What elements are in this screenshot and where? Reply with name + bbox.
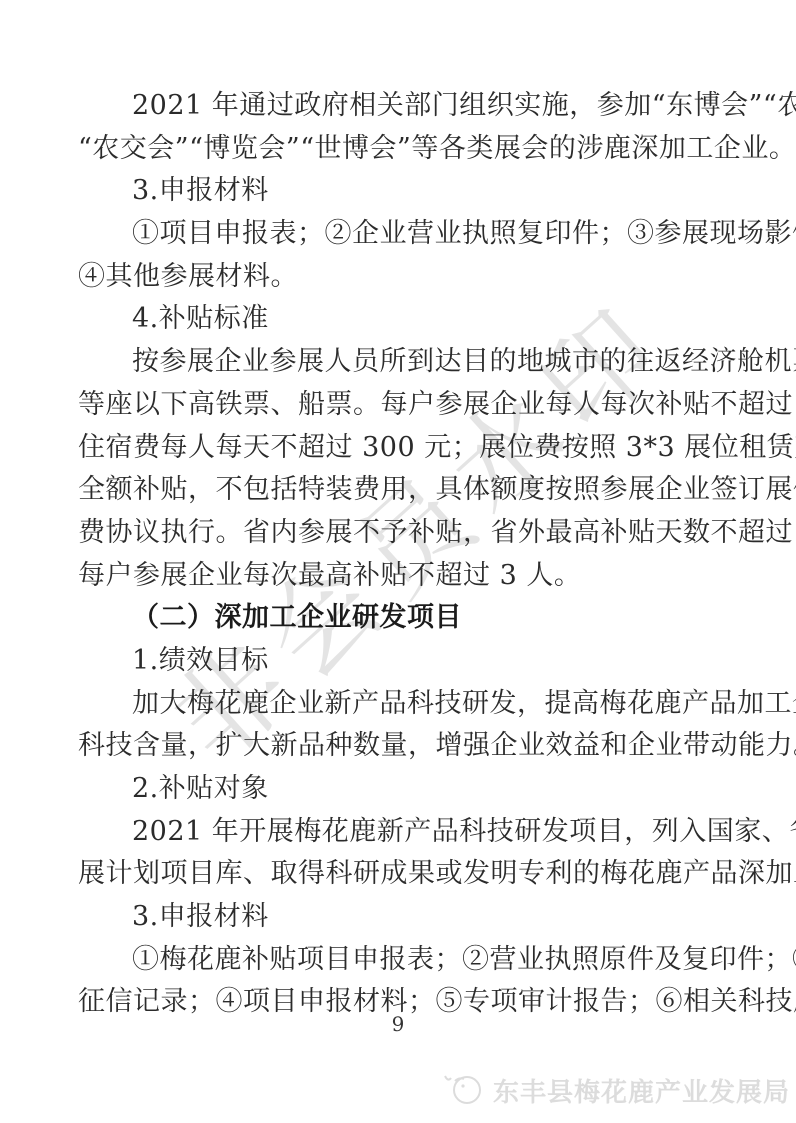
text-line: 4.补贴标准 xyxy=(78,298,718,341)
text-line: 展计划项目库、取得科研成果或发明专利的梅花鹿产品深加工企业。 xyxy=(78,853,718,896)
page-number: 9 xyxy=(0,1012,796,1036)
text-line: ①梅花鹿补贴项目申报表；②营业执照原件及复印件；③银行 xyxy=(78,939,718,982)
text-line: 2021 年开展梅花鹿新产品科技研发项目，列入国家、省科技发 xyxy=(78,811,718,854)
text-line: ①项目申报表；②企业营业执照复印件；③参展现场影像资料； xyxy=(78,213,718,256)
text-line: 等座以下高铁票、船票。每户参展企业每人每次补贴不超过 2000 元； xyxy=(78,384,718,427)
section-heading: （二）深加工企业研发项目 xyxy=(78,597,718,640)
text-line: 每户参展企业每次最高补贴不超过 3 人。 xyxy=(78,555,718,598)
document-page: 非会员水印 2021 年通过政府相关部门组织实施，参加“东博会”“农博会” “农… xyxy=(0,0,796,1123)
text-line: 全额补贴，不包括特装费用，具体额度按照参展企业签订展位租赁 xyxy=(78,469,718,512)
text-line: 2021 年通过政府相关部门组织实施，参加“东博会”“农博会” xyxy=(78,85,718,128)
document-body: 2021 年通过政府相关部门组织实施，参加“东博会”“农博会” “农交会”“博览… xyxy=(0,0,796,1024)
text-line: “农交会”“博览会”“世博会”等各类展会的涉鹿深加工企业。 xyxy=(78,128,718,171)
text-line: 3.申报材料 xyxy=(78,896,718,939)
text-line: 科技含量，扩大新品种数量，增强企业效益和企业带动能力。 xyxy=(78,725,718,768)
text-line: 2.补贴对象 xyxy=(78,768,718,811)
footer-brand: 东丰县梅花鹿产业发展局 xyxy=(441,1068,790,1112)
text-line: 3.申报材料 xyxy=(78,170,718,213)
text-line: 加大梅花鹿企业新产品科技研发，提高梅花鹿产品加工企业的 xyxy=(78,683,718,726)
text-line: 1.绩效目标 xyxy=(78,640,718,683)
text-line: 费协议执行。省内参展不予补贴，省外最高补贴天数不超过 5 天， xyxy=(78,512,718,555)
text-line: 住宿费每人每天不超过 300 元；展位费按照 3*3 展位租赁产生费用 xyxy=(78,427,718,470)
organization-name: 东丰县梅花鹿产业发展局 xyxy=(493,1072,790,1109)
deer-head-logo-icon xyxy=(441,1068,485,1112)
text-line: 按参展企业参展人员所到达目的地城市的往返经济舱机票、二 xyxy=(78,341,718,384)
text-line: ④其他参展材料。 xyxy=(78,256,718,299)
